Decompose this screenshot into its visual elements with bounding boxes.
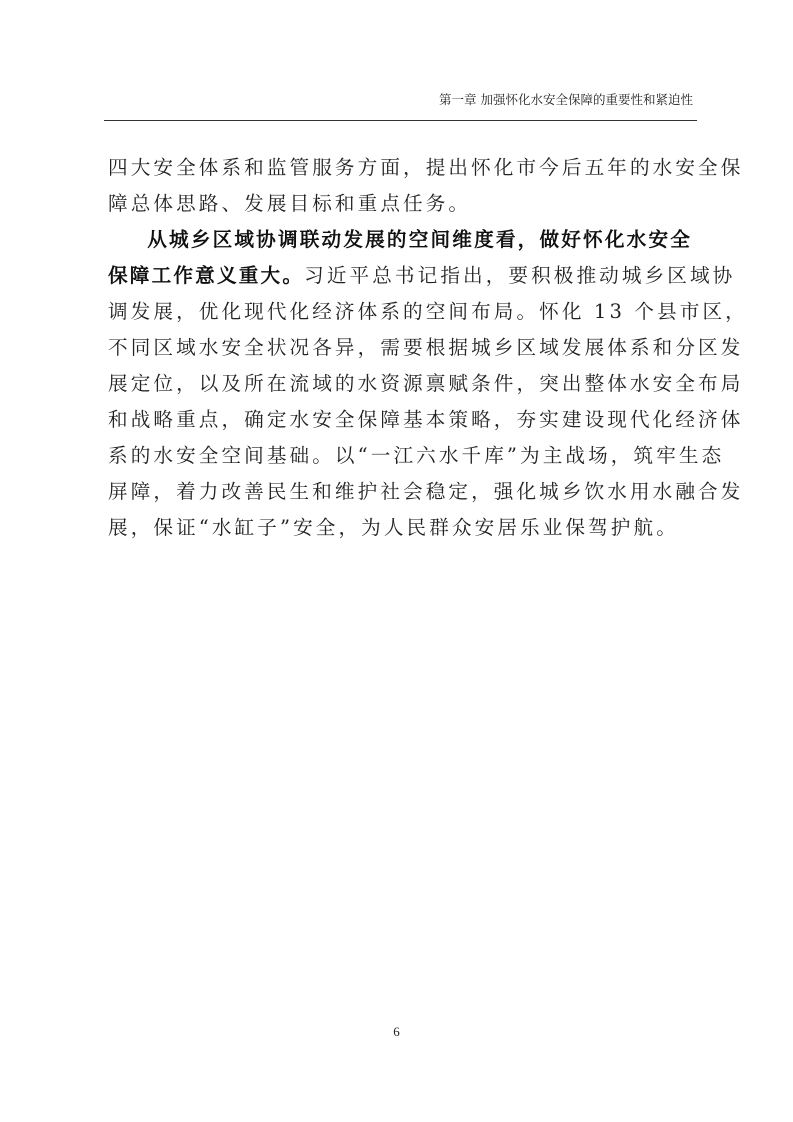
text-line: 障总体思路、发展目标和重点任务。 xyxy=(108,186,694,222)
bold-lead-heading: 从城乡区域协调联动发展的空间维度看，做好怀化水安全 xyxy=(147,228,692,251)
text-line: 从城乡区域协调联动发展的空间维度看，做好怀化水安全 xyxy=(108,222,694,258)
text-line: 四大安全体系和监管服务方面，提出怀化市今后五年的水安全保 xyxy=(108,150,694,186)
paragraph-2: 从城乡区域协调联动发展的空间维度看，做好怀化水安全 保障工作意义重大。习近平总书… xyxy=(108,222,694,546)
text-line: 展定位，以及所在流域的水资源禀赋条件，突出整体水安全布局 xyxy=(108,366,694,402)
text-run: 习近平总书记指出，要积极推动城乡区域协 xyxy=(304,264,735,287)
chapter-title: 第一章 加强怀化水安全保障的重要性和紧迫性 xyxy=(439,92,697,107)
text-line: 屏障，着力改善民生和维护社会稳定，强化城乡饮水用水融合发 xyxy=(108,474,694,510)
text-line: 不同区域水安全状况各异，需要根据城乡区域发展体系和分区发 xyxy=(108,330,694,366)
running-header: 第一章 加强怀化水安全保障的重要性和紧迫性 xyxy=(104,88,697,120)
text-line: 调发展，优化现代化经济体系的空间布局。怀化 13 个县市区， xyxy=(108,294,694,330)
text-line: 和战略重点，确定水安全保障基本策略，夯实建设现代化经济体 xyxy=(108,402,694,438)
text-line: 保障工作意义重大。习近平总书记指出，要积极推动城乡区域协 xyxy=(108,258,694,294)
paragraph-1: 四大安全体系和监管服务方面，提出怀化市今后五年的水安全保 障总体思路、发展目标和… xyxy=(108,150,694,222)
text-line: 展，保证“水缸子”安全，为人民群众安居乐业保驾护航。 xyxy=(108,510,694,546)
text-line: 系的水安全空间基础。以“一江六水千库”为主战场，筑牢生态 xyxy=(108,438,694,474)
bold-lead-heading: 保障工作意义重大。 xyxy=(108,264,304,287)
page-number: 6 xyxy=(0,1024,793,1040)
body-text: 四大安全体系和监管服务方面，提出怀化市今后五年的水安全保 障总体思路、发展目标和… xyxy=(108,150,694,546)
header-rule xyxy=(104,120,697,121)
